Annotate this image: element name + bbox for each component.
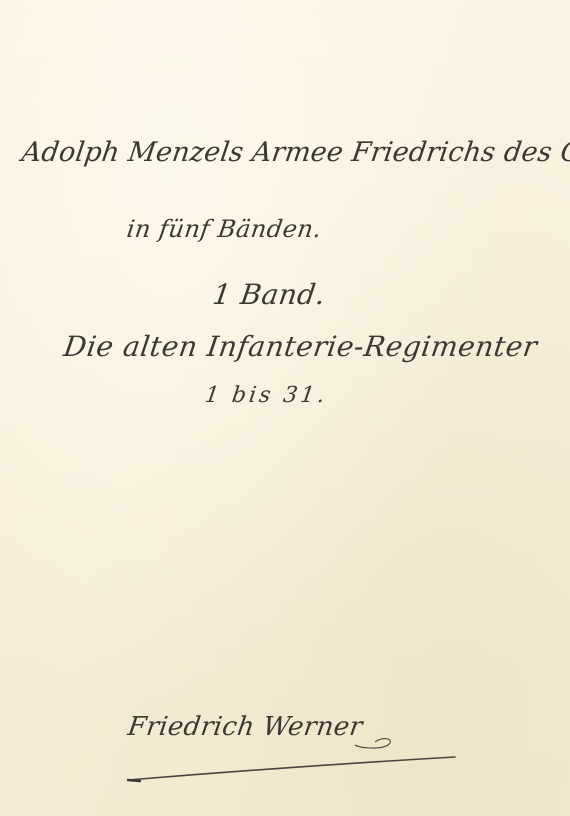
signature-flourish-underline: [0, 0, 570, 816]
manuscript-page: Adolph Menzels Armee Friedrichs des Gros…: [0, 0, 570, 816]
